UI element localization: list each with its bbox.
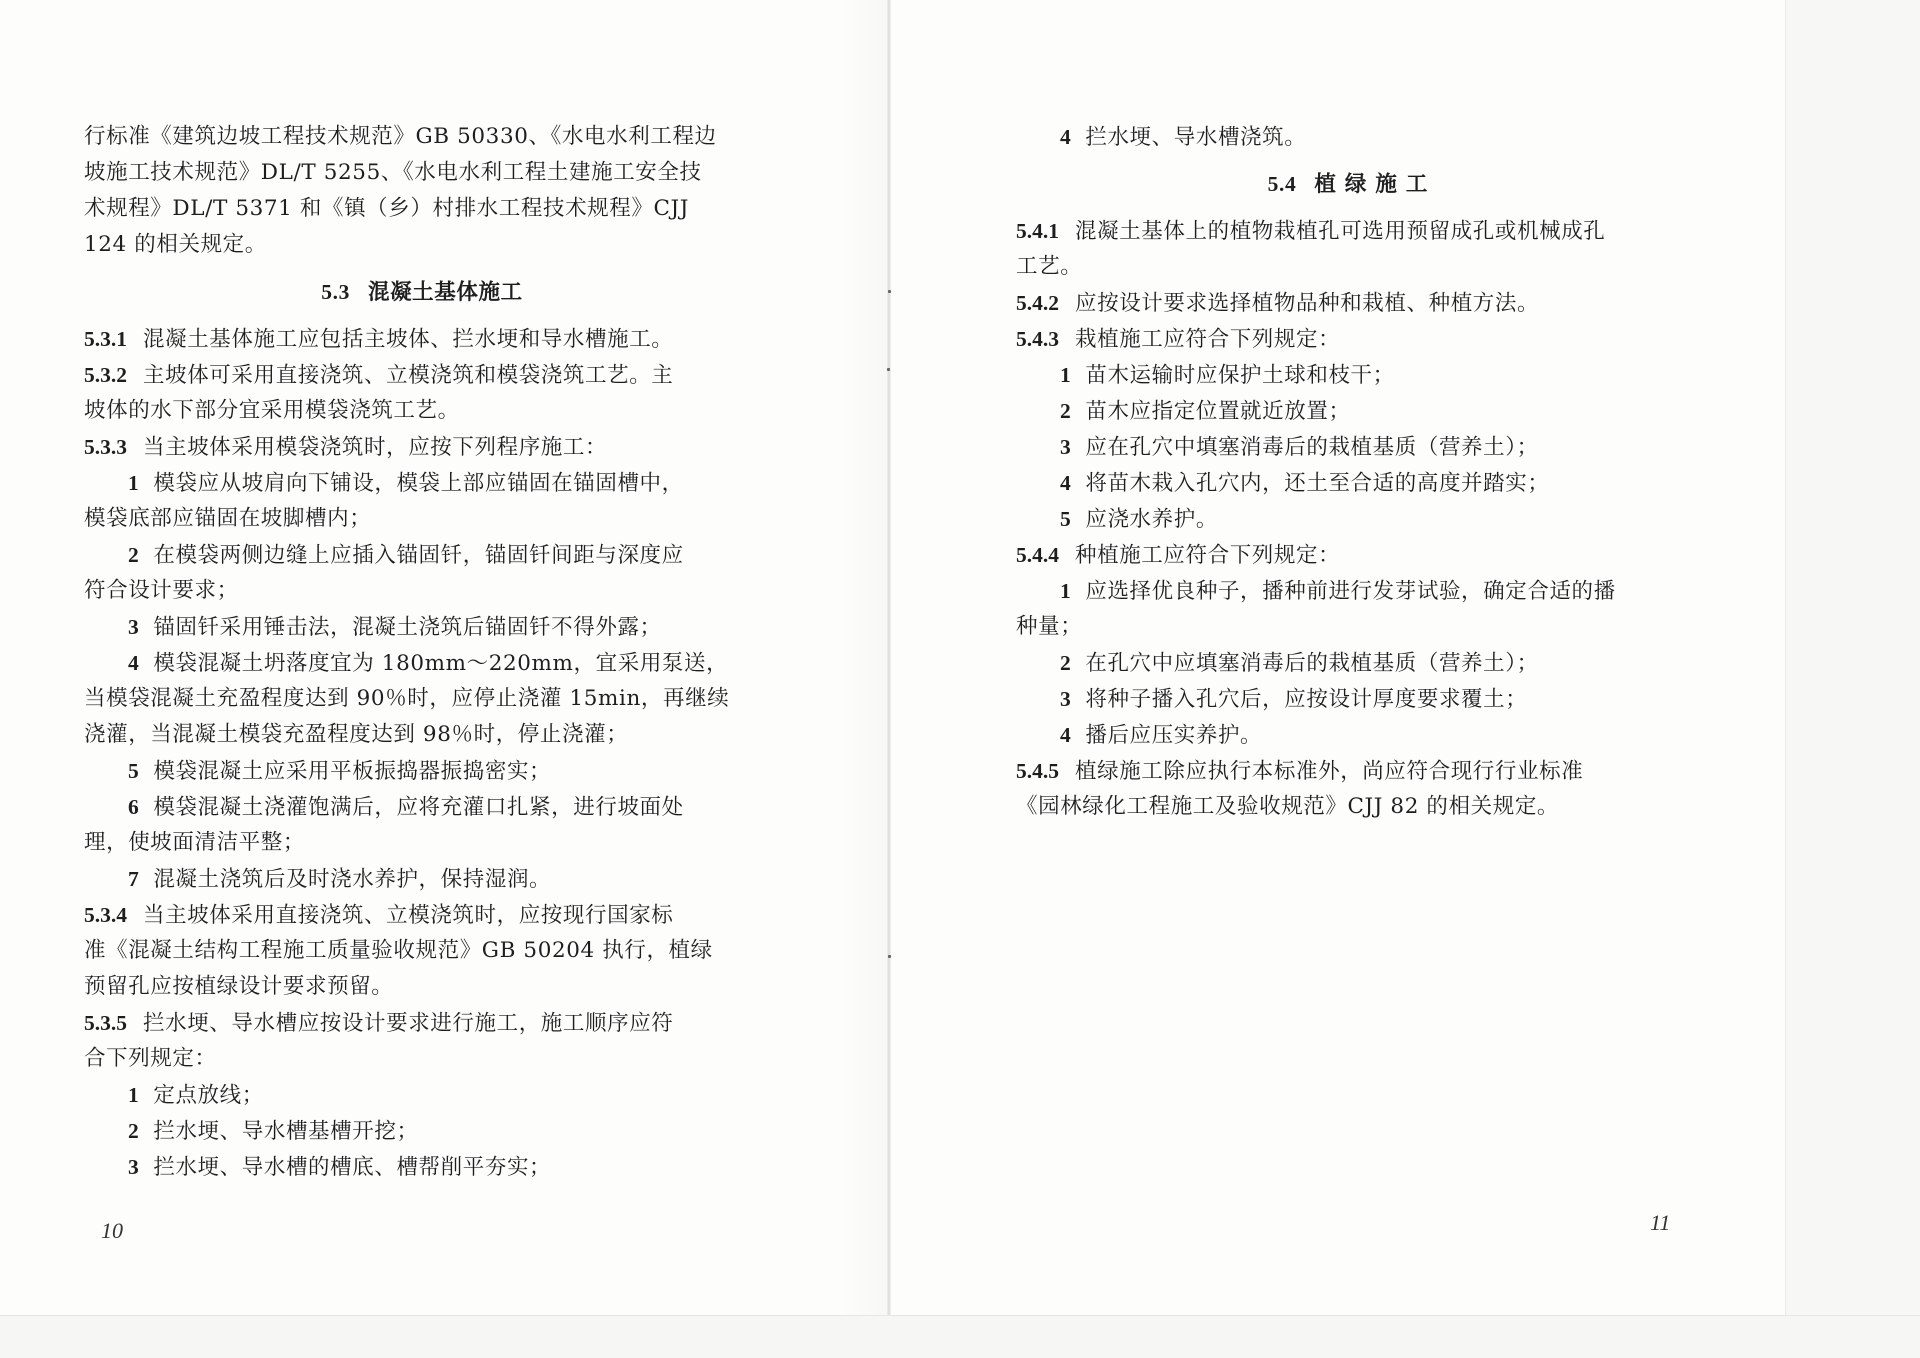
list-item: 2拦水埂、导水槽基槽开挖； (84, 1113, 760, 1149)
item-number: 3 (128, 615, 139, 639)
left-page-text: 行标准《建筑边坡工程技术规范》GB 50330、《水电水利工程边坡施工技术规范》… (84, 119, 760, 1185)
item-text: 将种子播入孔穴后，应按设计厚度要求覆土； (1085, 687, 1527, 712)
clause-number: 5.3.3 (84, 435, 127, 459)
clause-line: 5.4.1混凝土基体上的植物栽植孔可选用预留成孔或机械成孔 (1016, 213, 1688, 249)
text-line: 理，使坡面清洁平整； (84, 825, 760, 861)
clause-number: 5.4.1 (1016, 219, 1059, 243)
clause-number: 5.4.5 (1016, 759, 1059, 783)
scanner-edge (1785, 0, 1920, 1358)
clause-number: 5.3.2 (84, 363, 127, 387)
text-line: 当模袋混凝土充盈程度达到 90％时，应停止浇灌 15min，再继续 (84, 681, 760, 717)
clause-text: 混凝土基体上的植物栽植孔可选用预留成孔或机械成孔 (1075, 219, 1605, 244)
list-item: 4播后应压实养护。 (1016, 717, 1688, 753)
item-text: 将苗木栽入孔穴内，还土至合适的高度并踏实； (1085, 471, 1549, 496)
scan-speck (887, 368, 890, 371)
text-line: 模袋底部应锚固在坡脚槽内； (84, 501, 760, 537)
item-text: 拦水埂、导水槽基槽开挖； (153, 1119, 418, 1144)
item-number: 1 (128, 471, 139, 495)
item-number: 2 (128, 1119, 139, 1143)
clause-text: 种植施工应符合下列规定： (1075, 543, 1340, 568)
item-number: 3 (1060, 687, 1071, 711)
section-title: 混凝土基体施工 (368, 280, 523, 305)
text-line: 准《混凝土结构工程施工质量验收规范》GB 50204 执行，植绿 (84, 933, 760, 969)
text-line: 预留孔应按植绿设计要求预留。 (84, 969, 760, 1005)
item-text: 模袋混凝土坍落度宜为 180mm～220mm，宜采用泵送， (153, 651, 728, 676)
clause-text: 当主坡体采用直接浇筑、立模浇筑时，应按现行国家标 (143, 903, 673, 928)
list-item: 1苗木运输时应保护土球和枝干； (1016, 357, 1688, 393)
text-line: 坡体的水下部分宜采用模袋浇筑工艺。 (84, 393, 760, 429)
list-item: 3将种子播入孔穴后，应按设计厚度要求覆土； (1016, 681, 1688, 717)
text-line: 符合设计要求； (84, 573, 760, 609)
item-text: 混凝土浇筑后及时浇水养护，保持湿润。 (153, 867, 551, 892)
clause-number: 5.3.1 (84, 327, 127, 351)
list-item: 6模袋混凝土浇灌饱满后，应将充灌口扎紧，进行坡面处 (84, 789, 760, 825)
item-number: 5 (128, 759, 139, 783)
right-page-text: 4拦水埂、导水槽浇筑。5.4植绿施工5.4.1混凝土基体上的植物栽植孔可选用预留… (1016, 119, 1688, 825)
item-number: 4 (128, 651, 139, 675)
clause-line: 5.4.3栽植施工应符合下列规定： (1016, 321, 1688, 357)
line-text: 坡施工技术规范》DL/T 5255、《水电水利工程土建施工安全技 (84, 160, 702, 185)
item-number: 4 (1060, 471, 1071, 495)
clause-line: 5.3.2主坡体可采用直接浇筑、立模浇筑和模袋浇筑工艺。主 (84, 357, 760, 393)
text-line: 124 的相关规定。 (84, 227, 760, 263)
text-line: 种量； (1016, 609, 1688, 645)
section-number: 5.4 (1268, 172, 1297, 196)
line-text: 术规程》DL/T 5371 和《镇（乡）村排水工程技术规程》CJJ (84, 196, 689, 221)
item-number: 2 (1060, 651, 1071, 675)
list-item: 2苗木应指定位置就近放置； (1016, 393, 1688, 429)
list-item: 4拦水埂、导水槽浇筑。 (1016, 119, 1688, 155)
item-number: 2 (1060, 399, 1071, 423)
clause-line: 5.4.2应按设计要求选择植物品种和栽植、种植方法。 (1016, 285, 1688, 321)
line-text: 《园林绿化工程施工及验收规范》CJJ 82 的相关规定。 (1016, 794, 1559, 819)
line-text: 种量； (1016, 614, 1082, 639)
section-title: 植绿施工 (1314, 172, 1436, 197)
line-text: 坡体的水下部分宜采用模袋浇筑工艺。 (84, 398, 460, 423)
clause-text: 当主坡体采用模袋浇筑时，应按下列程序施工： (143, 435, 607, 460)
scan-speck (888, 290, 891, 293)
item-number: 1 (128, 1083, 139, 1107)
item-number: 3 (128, 1155, 139, 1179)
item-text: 苗木应指定位置就近放置； (1085, 399, 1350, 424)
line-text: 合下列规定： (84, 1046, 217, 1071)
section-heading: 5.3混凝土基体施工 (84, 263, 760, 321)
line-text: 124 的相关规定。 (84, 232, 267, 257)
list-item: 5应浇水养护。 (1016, 501, 1688, 537)
page-number: 10 (101, 1218, 123, 1244)
item-number: 1 (1060, 579, 1071, 603)
list-item: 1应选择优良种子，播种前进行发芽试验，确定合适的播 (1016, 573, 1688, 609)
list-item: 4模袋混凝土坍落度宜为 180mm～220mm，宜采用泵送， (84, 645, 760, 681)
clause-line: 5.4.5植绿施工除应执行本标准外，尚应符合现行行业标准 (1016, 753, 1688, 789)
clause-text: 应按设计要求选择植物品种和栽植、种植方法。 (1075, 291, 1539, 316)
line-text: 工艺。 (1016, 254, 1082, 279)
clause-number: 5.4.2 (1016, 291, 1059, 315)
clause-number: 5.3.5 (84, 1011, 127, 1035)
item-text: 应浇水养护。 (1085, 507, 1218, 532)
list-item: 3应在孔穴中填塞消毒后的栽植基质（营养土）； (1016, 429, 1688, 465)
line-text: 符合设计要求； (84, 578, 239, 603)
clause-text: 拦水埂、导水槽应按设计要求进行施工，施工顺序应符 (143, 1011, 673, 1036)
clause-line: 5.3.1混凝土基体施工应包括主坡体、拦水埂和导水槽施工。 (84, 321, 760, 357)
list-item: 2在孔穴中应填塞消毒后的栽植基质（营养土）； (1016, 645, 1688, 681)
line-text: 理，使坡面清洁平整； (84, 830, 305, 855)
item-text: 应选择优良种子，播种前进行发芽试验，确定合适的播 (1085, 579, 1615, 604)
list-item: 7混凝土浇筑后及时浇水养护，保持湿润。 (84, 861, 760, 897)
line-text: 预留孔应按植绿设计要求预留。 (84, 974, 393, 999)
item-text: 拦水埂、导水槽浇筑。 (1085, 125, 1306, 150)
text-line: 行标准《建筑边坡工程技术规范》GB 50330、《水电水利工程边 (84, 119, 760, 155)
item-text: 应在孔穴中填塞消毒后的栽植基质（营养土）； (1085, 435, 1538, 460)
section-heading: 5.4植绿施工 (1016, 155, 1688, 213)
list-item: 3锚固钎采用锤击法，混凝土浇筑后锚固钎不得外露； (84, 609, 760, 645)
item-number: 1 (1060, 363, 1071, 387)
line-text: 浇灌，当混凝土模袋充盈程度达到 98％时，停止浇灌； (84, 722, 628, 747)
scanner-bottom-margin (0, 1315, 1920, 1358)
scan-speck (888, 955, 891, 958)
item-text: 锚固钎采用锤击法，混凝土浇筑后锚固钎不得外露； (153, 615, 661, 640)
text-line: 术规程》DL/T 5371 和《镇（乡）村排水工程技术规程》CJJ (84, 191, 760, 227)
item-text: 定点放线； (153, 1083, 264, 1108)
clause-text: 植绿施工除应执行本标准外，尚应符合现行行业标准 (1075, 759, 1583, 784)
item-number: 6 (128, 795, 139, 819)
item-text: 模袋应从坡肩向下铺设，模袋上部应锚固在锚固槽中， (153, 471, 683, 496)
list-item: 1模袋应从坡肩向下铺设，模袋上部应锚固在锚固槽中， (84, 465, 760, 501)
item-text: 拦水埂、导水槽的槽底、槽帮削平夯实； (153, 1155, 551, 1180)
list-item: 1定点放线； (84, 1077, 760, 1113)
item-number: 4 (1060, 125, 1071, 149)
item-text: 播后应压实养护。 (1085, 723, 1262, 748)
list-item: 2在模袋两侧边缝上应插入锚固钎，锚固钎间距与深度应 (84, 537, 760, 573)
clause-line: 5.3.3当主坡体采用模袋浇筑时，应按下列程序施工： (84, 429, 760, 465)
left-page: 行标准《建筑边坡工程技术规范》GB 50330、《水电水利工程边坡施工技术规范》… (0, 0, 887, 1315)
item-text: 模袋混凝土应采用平板振捣器振捣密实； (153, 759, 551, 784)
list-item: 3拦水埂、导水槽的槽底、槽帮削平夯实； (84, 1149, 760, 1185)
clause-text: 混凝土基体施工应包括主坡体、拦水埂和导水槽施工。 (143, 327, 673, 352)
section-number: 5.3 (321, 280, 350, 304)
line-text: 当模袋混凝土充盈程度达到 90％时，应停止浇灌 15min，再继续 (84, 686, 729, 711)
text-line: 合下列规定： (84, 1041, 760, 1077)
text-line: 工艺。 (1016, 249, 1688, 285)
item-text: 在模袋两侧边缝上应插入锚固钎，锚固钎间距与深度应 (153, 543, 683, 568)
item-text: 苗木运输时应保护土球和枝干； (1085, 363, 1394, 388)
clause-line: 5.3.5拦水埂、导水槽应按设计要求进行施工，施工顺序应符 (84, 1005, 760, 1041)
item-number: 3 (1060, 435, 1071, 459)
text-line: 《园林绿化工程施工及验收规范》CJJ 82 的相关规定。 (1016, 789, 1688, 825)
line-text: 行标准《建筑边坡工程技术规范》GB 50330、《水电水利工程边 (84, 124, 717, 149)
clause-line: 5.3.4当主坡体采用直接浇筑、立模浇筑时，应按现行国家标 (84, 897, 760, 933)
item-number: 5 (1060, 507, 1071, 531)
text-line: 坡施工技术规范》DL/T 5255、《水电水利工程土建施工安全技 (84, 155, 760, 191)
line-text: 准《混凝土结构工程施工质量验收规范》GB 50204 执行，植绿 (84, 938, 713, 963)
item-number: 7 (128, 867, 139, 891)
clause-line: 5.4.4种植施工应符合下列规定： (1016, 537, 1688, 573)
clause-text: 主坡体可采用直接浇筑、立模浇筑和模袋浇筑工艺。主 (143, 363, 673, 388)
list-item: 5模袋混凝土应采用平板振捣器振捣密实； (84, 753, 760, 789)
item-text: 在孔穴中应填塞消毒后的栽植基质（营养土）； (1085, 651, 1538, 676)
clause-number: 5.3.4 (84, 903, 127, 927)
item-number: 4 (1060, 723, 1071, 747)
item-text: 模袋混凝土浇灌饱满后，应将充灌口扎紧，进行坡面处 (153, 795, 683, 820)
page-number: 11 (1650, 1210, 1670, 1236)
text-line: 浇灌，当混凝土模袋充盈程度达到 98％时，停止浇灌； (84, 717, 760, 753)
clause-number: 5.4.4 (1016, 543, 1059, 567)
clause-number: 5.4.3 (1016, 327, 1059, 351)
book-spread: 行标准《建筑边坡工程技术规范》GB 50330、《水电水利工程边坡施工技术规范》… (0, 0, 1920, 1315)
clause-text: 栽植施工应符合下列规定： (1075, 327, 1340, 352)
line-text: 模袋底部应锚固在坡脚槽内； (84, 506, 371, 531)
item-number: 2 (128, 543, 139, 567)
list-item: 4将苗木栽入孔穴内，还土至合适的高度并踏实； (1016, 465, 1688, 501)
right-page: 4拦水埂、导水槽浇筑。5.4植绿施工5.4.1混凝土基体上的植物栽植孔可选用预留… (891, 0, 1785, 1315)
